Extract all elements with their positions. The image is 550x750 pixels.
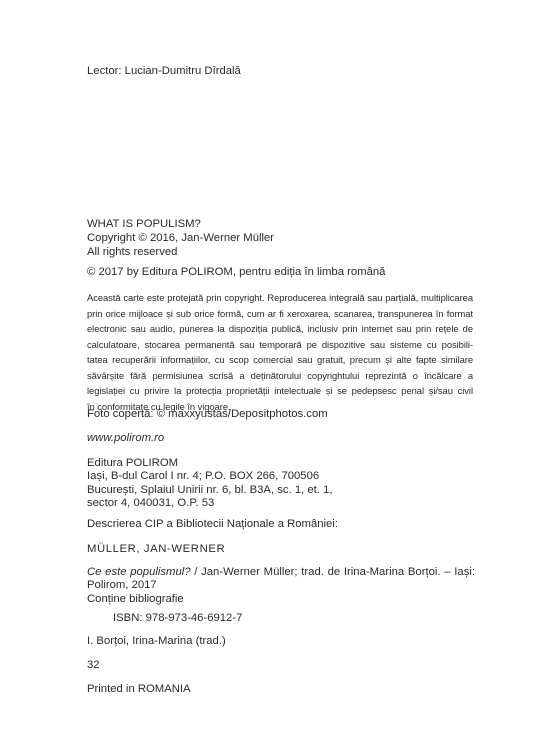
publisher-address-line: sector 4, 040031, O.P. 53 (87, 497, 333, 510)
cip-author: MÜLLER, JAN-WERNER (87, 543, 225, 556)
cip-heading: Descrierea CIP a Bibliotecii Naționale a… (87, 518, 338, 531)
legal-notice-line: legislației cu privire la protecția prop… (87, 383, 473, 399)
original-copyright: Copyright © 2016, Jan-Werner Müller (87, 232, 274, 245)
legal-notice-line: tatea recuperării informațiilor, cu scop… (87, 352, 473, 368)
cip-description: Ce este populismul? / Jan-Werner Müller;… (87, 566, 475, 606)
legal-notice-line: prin orice mijloace și sub orice formă, … (87, 306, 473, 322)
publisher-address-line: București, Splaiul Unirii nr. 6, bl. B3A… (87, 484, 333, 497)
publisher-address-line: Iași, B-dul Carol I nr. 4; P.O. BOX 266,… (87, 470, 333, 483)
legal-notice: Această carte este protejată prin copyri… (87, 290, 473, 414)
publisher-info: Editura POLIROM Iași, B-dul Carol I nr. … (87, 457, 333, 510)
cip-title-rest: / Jan-Werner Müller; trad. de Irina-Mari… (191, 566, 475, 578)
website-link[interactable]: www.polirom.ro (87, 432, 164, 445)
legal-notice-line: calculatoare, stocarea permanentă sau te… (87, 337, 473, 353)
legal-notice-line: electronic sau audio, punerea la dispozi… (87, 321, 473, 337)
cip-title-line: Ce este populismul? / Jan-Werner Müller;… (87, 566, 475, 579)
publisher-name: Editura POLIROM (87, 457, 333, 470)
cip-title: Ce este populismul? (87, 566, 191, 578)
lector-credit: Lector: Lucian-Dumitru Dîrdală (87, 65, 241, 78)
printed-in: Printed in ROMANIA (87, 683, 191, 696)
classification-number: 32 (87, 659, 100, 672)
cip-contains: Conține bibliografie (87, 593, 475, 606)
legal-notice-line: săvârșite fără permisiunea scrisă a deți… (87, 368, 473, 384)
edition-copyright: © 2017 by Editura POLIROM, pentru ediția… (87, 266, 385, 279)
cip-publisher-line: Polirom, 2017 (87, 579, 475, 592)
original-title: WHAT IS POPULISM? (87, 218, 201, 231)
cover-photo-credit: Foto copertă: © maxxyustas/Depositphotos… (87, 408, 328, 421)
secondary-entry: I. Borțoi, Irina-Marina (trad.) (87, 635, 226, 648)
rights-reserved: All rights reserved (87, 246, 177, 259)
isbn: ISBN: 978-973-46-6912-7 (113, 612, 242, 625)
legal-notice-line: Această carte este protejată prin copyri… (87, 290, 473, 306)
